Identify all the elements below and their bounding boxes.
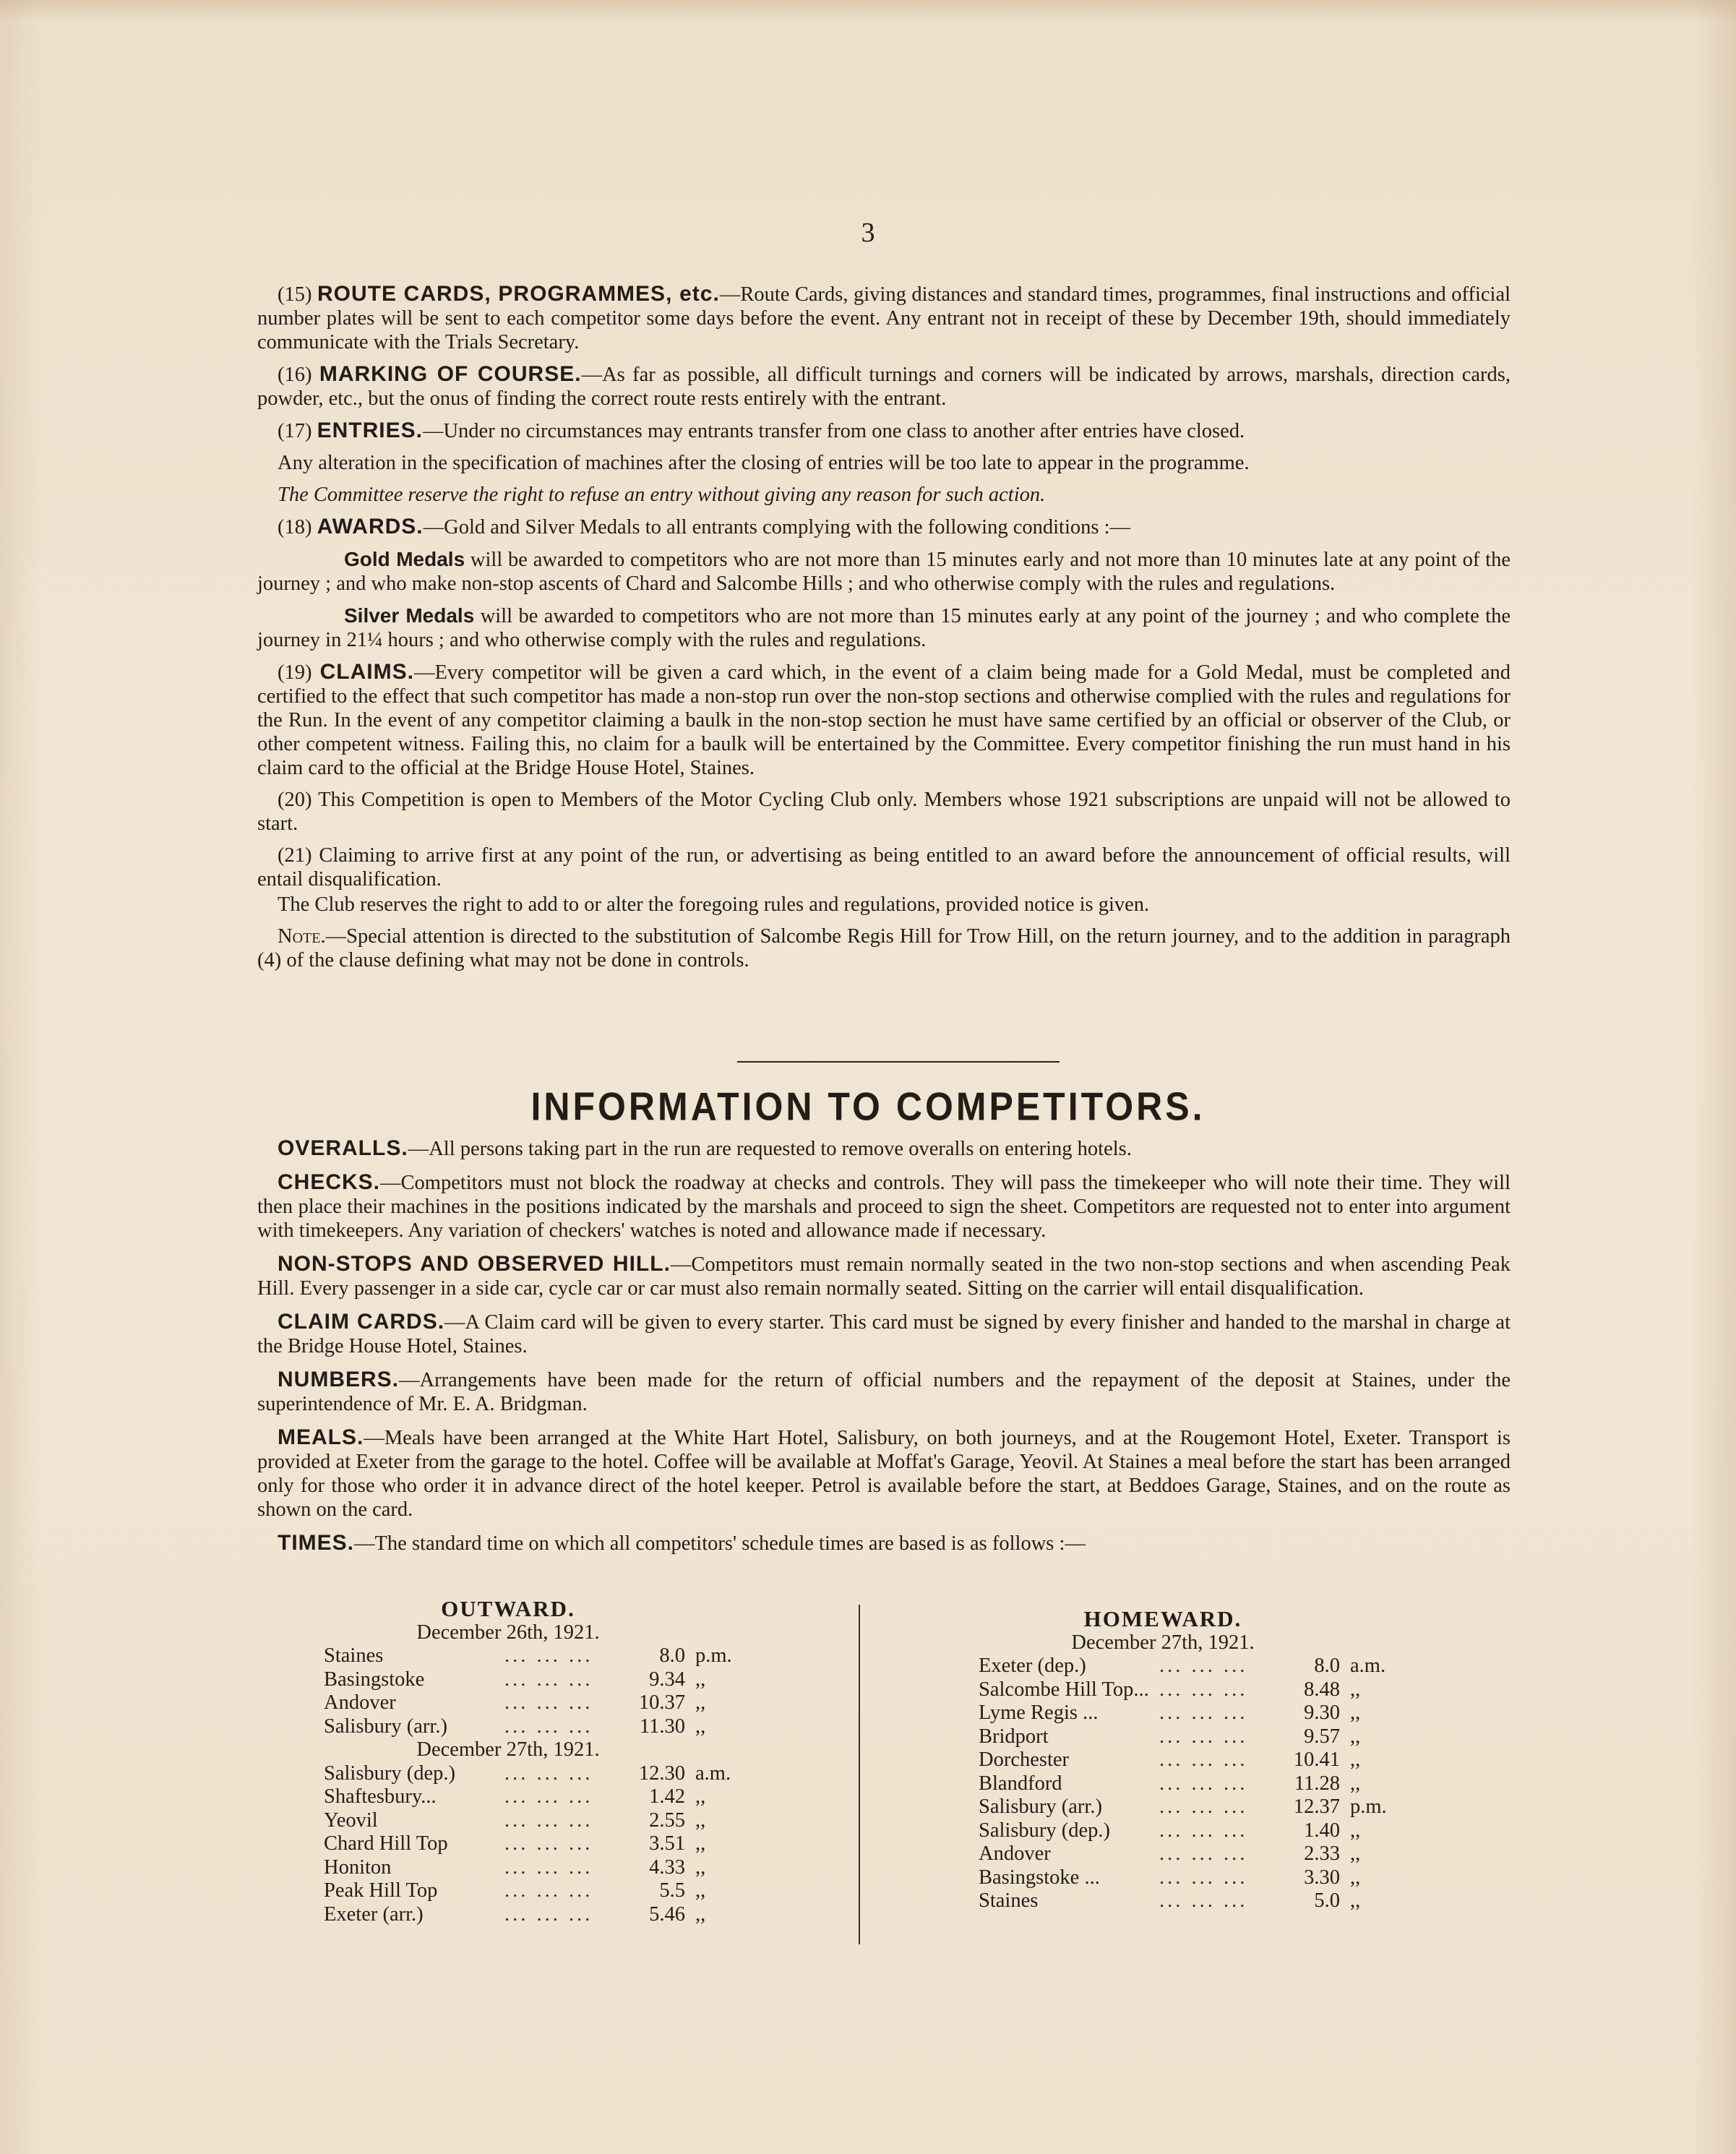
schedule-time: 4.33: [627, 1856, 685, 1880]
schedule-place: Exeter (arr.): [324, 1903, 504, 1927]
schedule-unit: ,,: [1340, 1748, 1360, 1772]
schedule-row: Basingstoke... ... ...9.34,,: [324, 1668, 757, 1692]
leader-dots: ... ... ...: [504, 1691, 627, 1715]
schedule-time: 8.48: [1282, 1678, 1340, 1702]
rule-21: (21) Claiming to arrive first at any poi…: [257, 844, 1511, 891]
leader-dots: ... ... ...: [1159, 1748, 1282, 1772]
schedule-row: Salisbury (dep.)... ... ...12.30a.m.: [324, 1762, 757, 1786]
schedule-time: 10.41: [1282, 1748, 1340, 1772]
leader-dots: ... ... ...: [504, 1715, 627, 1739]
info-meals: MEALS.—Meals have been arranged at the W…: [257, 1425, 1511, 1522]
schedule-unit: ,,: [685, 1879, 705, 1903]
schedule-place: Salcombe Hill Top...: [979, 1678, 1159, 1702]
info-text: —All persons taking part in the run are …: [408, 1138, 1132, 1160]
rule-number: (18): [278, 516, 311, 538]
info-heading: TIMES.: [278, 1531, 354, 1555]
silver-medals-condition: Silver Medals will be awarded to competi…: [257, 604, 1511, 652]
schedule-unit: ,,: [1340, 1725, 1360, 1749]
leader-dots: ... ... ...: [504, 1879, 627, 1903]
schedule-time: 11.28: [1282, 1772, 1340, 1796]
info-claim-cards: CLAIM CARDS.—A Claim card will be given …: [257, 1310, 1511, 1358]
leader-dots: ... ... ...: [504, 1785, 627, 1809]
info-text: —A Claim card will be given to every sta…: [257, 1311, 1511, 1357]
rule-19: (19) CLAIMS.—Every competitor will be gi…: [257, 660, 1511, 780]
rule-text: —Every competitor will be given a card w…: [257, 661, 1511, 779]
schedule-time: 12.30: [627, 1762, 685, 1786]
schedule-unit: ,,: [1340, 1819, 1360, 1843]
page-number: 3: [0, 217, 1736, 249]
rule-text: The Club reserves the right to add to or…: [278, 893, 1149, 916]
schedule-unit: ,,: [1340, 1772, 1360, 1796]
schedule-unit: ,,: [685, 1715, 705, 1739]
rule-number: (16): [278, 364, 311, 386]
column-divider: [859, 1605, 860, 1944]
schedule-row: Honiton... ... ...4.33,,: [324, 1856, 757, 1880]
schedule-time: 1.42: [627, 1785, 685, 1809]
info-text: —Competitors must not block the roadway …: [257, 1172, 1511, 1242]
club-reserves-note: The Club reserves the right to add to or…: [257, 893, 1511, 917]
schedule-unit: ,,: [1340, 1678, 1360, 1702]
schedule-place: Shaftesbury...: [324, 1785, 504, 1809]
info-heading: CHECKS.: [278, 1170, 380, 1194]
schedule-time: 9.30: [1282, 1702, 1340, 1725]
schedule-time: 10.37: [627, 1691, 685, 1715]
schedule-row: Lyme Regis ...... ... ...9.30,,: [979, 1702, 1427, 1725]
outward-date-2: December 27th, 1921.: [353, 1738, 663, 1762]
schedule-row: Salisbury (dep.)... ... ...1.40,,: [979, 1819, 1427, 1843]
schedule-row: Basingstoke ...... ... ...3.30,,: [979, 1866, 1427, 1890]
homeward-title: HOMEWARD.: [1007, 1608, 1318, 1631]
schedule-row: Andover... ... ...10.37,,: [324, 1691, 757, 1715]
schedule-unit: ,,: [685, 1832, 705, 1856]
schedule-place: Salisbury (arr.): [324, 1715, 504, 1739]
schedule-time: 3.30: [1282, 1866, 1340, 1890]
schedule-unit: ,,: [1340, 1842, 1360, 1866]
leader-dots: ... ... ...: [1159, 1866, 1282, 1890]
leader-dots: ... ... ...: [504, 1762, 627, 1786]
schedule-time: 5.5: [627, 1879, 685, 1903]
schedule-place: Dorchester: [979, 1748, 1159, 1772]
leader-dots: ... ... ...: [1159, 1889, 1282, 1913]
rule-text: The Committee reserve the right to refus…: [278, 484, 1045, 506]
leader-dots: ... ... ...: [1159, 1678, 1282, 1702]
rule-text: —Special attention is directed to the su…: [257, 925, 1511, 971]
gold-medals-condition: Gold Medals will be awarded to competito…: [257, 547, 1511, 596]
rule-20: (20) This Competition is open to Members…: [257, 788, 1511, 836]
info-checks: CHECKS.—Competitors must not block the r…: [257, 1170, 1511, 1243]
leader-dots: ... ... ...: [1159, 1795, 1282, 1819]
schedule-row: Salisbury (arr.)... ... ...12.37p.m.: [979, 1795, 1427, 1819]
rules-section: (15) ROUTE CARDS, PROGRAMMES, etc.—Route…: [257, 282, 1511, 980]
info-text: —Meals have been arranged at the White H…: [257, 1427, 1511, 1521]
schedule-row: Exeter (dep.)... ... ...8.0a.m.: [979, 1655, 1427, 1678]
schedule-row: Andover... ... ...2.33,,: [979, 1842, 1427, 1866]
section-divider: [737, 1061, 1060, 1063]
schedule-place: Andover: [979, 1842, 1159, 1866]
schedule-unit: ,,: [685, 1903, 705, 1927]
outward-schedule: OUTWARD. December 26th, 1921. Staines...…: [324, 1597, 757, 1926]
schedule-place: Blandford: [979, 1772, 1159, 1796]
homeward-schedule: HOMEWARD. December 27th, 1921. Exeter (d…: [979, 1608, 1427, 1913]
info-section: OVERALLS.—All persons taking part in the…: [257, 1136, 1511, 1565]
schedule-row: Blandford... ... ...11.28,,: [979, 1772, 1427, 1796]
schedule-unit: ,,: [685, 1691, 705, 1715]
info-heading: MEALS.: [278, 1425, 364, 1449]
rule-heading: ENTRIES.: [317, 419, 423, 442]
times-table: OUTWARD. December 26th, 1921. Staines...…: [0, 1597, 1736, 1944]
info-text: —Arrangements have been made for the ret…: [257, 1369, 1511, 1415]
homeward-date: December 27th, 1921.: [1007, 1631, 1318, 1655]
rule-number: (20): [278, 789, 311, 811]
schedule-row: Salisbury (arr.)... ... ...11.30,,: [324, 1715, 757, 1739]
schedule-row: Shaftesbury...... ... ...1.42,,: [324, 1785, 757, 1809]
award-heading: Gold Medals: [344, 548, 465, 570]
leader-dots: ... ... ...: [504, 1856, 627, 1880]
award-heading: Silver Medals: [344, 604, 474, 627]
info-non-stops: NON-STOPS AND OBSERVED HILL.—Competitors…: [257, 1252, 1511, 1300]
schedule-row: Yeovil... ... ...2.55,,: [324, 1809, 757, 1833]
schedule-time: 9.57: [1282, 1725, 1340, 1749]
schedule-time: 2.55: [627, 1809, 685, 1833]
rule-heading: CLAIMS.: [320, 660, 414, 684]
schedule-unit: ,,: [1340, 1702, 1360, 1725]
info-heading: OVERALLS.: [278, 1136, 408, 1160]
info-text: —The standard time on which all competit…: [354, 1532, 1086, 1555]
rule-number: (17): [278, 420, 311, 442]
outward-rows-day2: Salisbury (dep.)... ... ...12.30a.m.Shaf…: [324, 1762, 757, 1927]
info-heading: CLAIM CARDS.: [278, 1310, 444, 1334]
leader-dots: ... ... ...: [504, 1644, 627, 1668]
rule-heading: ROUTE CARDS, PROGRAMMES, etc.: [317, 282, 720, 306]
schedule-time: 9.34: [627, 1668, 685, 1692]
schedule-row: Peak Hill Top... ... ...5.5,,: [324, 1879, 757, 1903]
outward-date-1: December 26th, 1921.: [353, 1621, 663, 1645]
homeward-rows: Exeter (dep.)... ... ...8.0a.m.Salcombe …: [979, 1655, 1427, 1913]
note-label: Note.: [278, 925, 326, 948]
rule-16: (16) MARKING OF COURSE.—As far as possib…: [257, 362, 1511, 411]
schedule-unit: a.m.: [1340, 1655, 1385, 1678]
schedule-place: Andover: [324, 1691, 504, 1715]
leader-dots: ... ... ...: [1159, 1819, 1282, 1843]
rule-heading: MARKING OF COURSE.: [319, 362, 582, 386]
rule-heading: AWARDS.: [317, 515, 424, 538]
schedule-time: 11.30: [627, 1715, 685, 1739]
rule-number: (19): [278, 661, 311, 684]
schedule-unit: p.m.: [685, 1644, 732, 1668]
rule-17: (17) ENTRIES.—Under no circumstances may…: [257, 419, 1511, 443]
info-heading: NUMBERS.: [278, 1368, 399, 1391]
schedule-unit: ,,: [685, 1785, 705, 1809]
leader-dots: ... ... ...: [504, 1809, 627, 1833]
rule-number: (21): [278, 844, 311, 867]
rule-text: This Competition is open to Members of t…: [257, 789, 1511, 835]
outward-title: OUTWARD.: [353, 1597, 663, 1621]
special-note: Note.—Special attention is directed to t…: [257, 924, 1511, 972]
schedule-row: Dorchester... ... ...10.41,,: [979, 1748, 1427, 1772]
schedule-place: Staines: [979, 1889, 1159, 1913]
schedule-time: 5.46: [627, 1903, 685, 1927]
leader-dots: ... ... ...: [504, 1903, 627, 1927]
schedule-place: Salisbury (arr.): [979, 1795, 1159, 1819]
schedule-unit: ,,: [685, 1668, 705, 1692]
schedule-place: Peak Hill Top: [324, 1879, 504, 1903]
leader-dots: ... ... ...: [1159, 1702, 1282, 1725]
info-times: TIMES.—The standard time on which all co…: [257, 1531, 1511, 1556]
schedule-row: Staines... ... ...5.0,,: [979, 1889, 1427, 1913]
schedule-row: Chard Hill Top... ... ...3.51,,: [324, 1832, 757, 1856]
schedule-unit: ,,: [1340, 1866, 1360, 1890]
leader-dots: ... ... ...: [504, 1668, 627, 1692]
rule-number: (15): [278, 283, 311, 306]
rule-18: (18) AWARDS.—Gold and Silver Medals to a…: [257, 515, 1511, 539]
schedule-place: Basingstoke ...: [979, 1866, 1159, 1890]
rule-17-alteration: Any alteration in the specification of m…: [257, 451, 1511, 475]
schedule-time: 3.51: [627, 1832, 685, 1856]
schedule-time: 8.0: [627, 1644, 685, 1668]
leader-dots: ... ... ...: [1159, 1655, 1282, 1678]
schedule-place: Salisbury (dep.): [324, 1762, 504, 1786]
schedule-place: Staines: [324, 1644, 504, 1668]
rule-text: —Under no circumstances may entrants tra…: [423, 420, 1245, 442]
info-section-title: INFORMATION TO COMPETITORS.: [0, 1084, 1736, 1130]
schedule-time: 5.0: [1282, 1889, 1340, 1913]
schedule-time: 8.0: [1282, 1655, 1340, 1678]
schedule-unit: ,,: [1340, 1889, 1360, 1913]
schedule-unit: ,,: [685, 1856, 705, 1880]
schedule-time: 1.40: [1282, 1819, 1340, 1843]
schedule-unit: ,,: [685, 1809, 705, 1833]
schedule-place: Exeter (dep.): [979, 1655, 1159, 1678]
schedule-unit: a.m.: [685, 1762, 731, 1786]
rule-15: (15) ROUTE CARDS, PROGRAMMES, etc.—Route…: [257, 282, 1511, 354]
schedule-place: Chard Hill Top: [324, 1832, 504, 1856]
info-overalls: OVERALLS.—All persons taking part in the…: [257, 1136, 1511, 1161]
schedule-row: Salcombe Hill Top...... ... ...8.48,,: [979, 1678, 1427, 1702]
schedule-time: 2.33: [1282, 1842, 1340, 1866]
info-numbers: NUMBERS.—Arrangements have been made for…: [257, 1368, 1511, 1416]
schedule-place: Salisbury (dep.): [979, 1819, 1159, 1843]
schedule-place: Basingstoke: [324, 1668, 504, 1692]
committee-reserve-note: The Committee reserve the right to refus…: [257, 483, 1511, 507]
schedule-place: Honiton: [324, 1856, 504, 1880]
leader-dots: ... ... ...: [1159, 1725, 1282, 1749]
schedule-unit: p.m.: [1340, 1795, 1387, 1819]
rule-text: Claiming to arrive first at any point of…: [257, 844, 1511, 891]
schedule-row: Bridport... ... ...9.57,,: [979, 1725, 1427, 1749]
schedule-place: Yeovil: [324, 1809, 504, 1833]
leader-dots: ... ... ...: [504, 1832, 627, 1856]
schedule-row: Staines... ... ...8.0p.m.: [324, 1644, 757, 1668]
schedule-place: Lyme Regis ...: [979, 1702, 1159, 1725]
info-heading: NON-STOPS AND OBSERVED HILL.: [278, 1252, 671, 1276]
schedule-time: 12.37: [1282, 1795, 1340, 1819]
rule-text: —Gold and Silver Medals to all entrants …: [424, 516, 1130, 538]
schedule-row: Exeter (arr.)... ... ...5.46,,: [324, 1903, 757, 1927]
leader-dots: ... ... ...: [1159, 1842, 1282, 1866]
outward-rows-day1: Staines... ... ...8.0p.m.Basingstoke... …: [324, 1644, 757, 1738]
schedule-place: Bridport: [979, 1725, 1159, 1749]
rule-text: Any alteration in the specification of m…: [278, 452, 1250, 474]
leader-dots: ... ... ...: [1159, 1772, 1282, 1796]
